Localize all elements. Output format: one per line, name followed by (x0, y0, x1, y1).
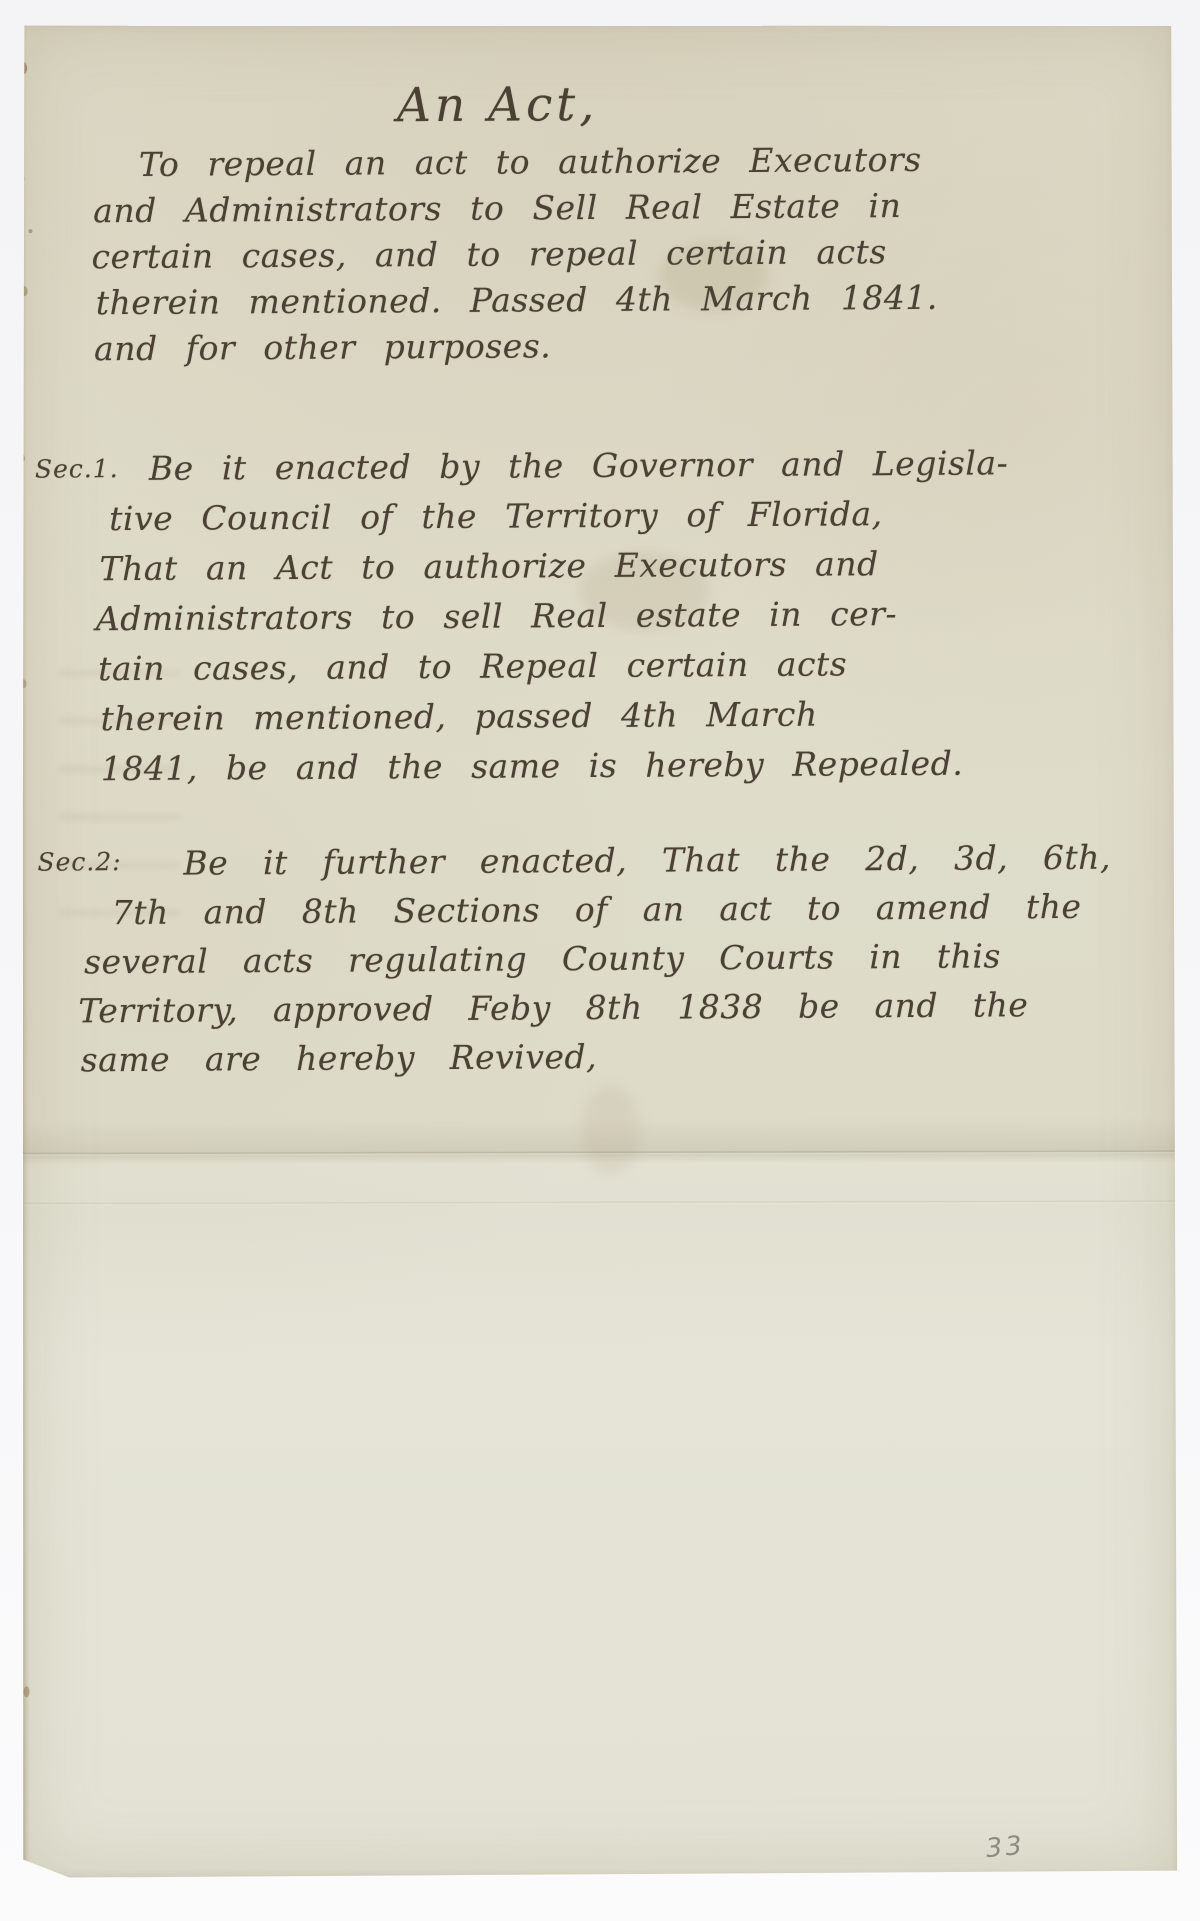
section-label: Sec.1. (35, 454, 119, 484)
manuscript-line: Territory, approved Feby 8th 1838 be and… (78, 980, 1112, 1036)
manuscript-line: 7th and 8th Sections of an act to amend … (112, 882, 1112, 937)
manuscript-line: 1841, be and the same is hereby Repealed… (101, 738, 1011, 794)
document-title: An Act, (14, 73, 1170, 135)
section-label: Sec.2: (37, 847, 121, 877)
section-2: Sec.2: Be it further enacted, That the 2… (89, 833, 1112, 1085)
manuscript-line: Be it further enacted, That the 2d, 3d, … (183, 833, 1111, 888)
manuscript-line: therein mentioned, passed 4th March (100, 688, 1010, 744)
section-1: Sec.1. Be it enacted by the Governor and… (99, 438, 1011, 794)
pencil-page-number: 33 (984, 1831, 1026, 1865)
manuscript-line: certain cases, and to repeal certain act… (91, 229, 937, 280)
manuscript-line: several acts regulating County Courts in… (84, 931, 1112, 987)
manuscript-line: and Administrators to Sell Real Estate i… (93, 183, 937, 234)
manuscript-line: tain cases, and to Repeal certain acts (98, 638, 1010, 694)
manuscript-paper: An Act, To repeal an act to authorize Ex… (18, 22, 1178, 1878)
paper-edge-speck (19, 174, 24, 183)
manuscript-line: therein mentioned. Passed 4th March 1841… (96, 275, 938, 326)
section-body: Be it enacted by the Governor and Legisl… (99, 438, 1011, 794)
manuscript-line: Administrators to sell Real estate in ce… (96, 588, 1010, 644)
section-body: Be it further enacted, That the 2d, 3d, … (89, 833, 1112, 1085)
manuscript-line: Be it enacted by the Governor and Legisl… (149, 438, 1009, 494)
manuscript-line: That an Act to authorize Executors and (99, 538, 1009, 594)
preamble-paragraph: To repeal an act to authorize Executors … (93, 137, 938, 372)
manuscript-line: To repeal an act to authorize Executors (139, 137, 937, 188)
scan-background: An Act, To repeal an act to authorize Ex… (0, 0, 1200, 1921)
manuscript-line: tive Council of the Territory of Florida… (109, 488, 1009, 544)
manuscript-line: same are hereby Revived, (81, 1029, 1113, 1085)
manuscript-content: An Act, To repeal an act to authorize Ex… (14, 19, 1182, 1880)
manuscript-line: and for other purposes. (94, 321, 938, 372)
